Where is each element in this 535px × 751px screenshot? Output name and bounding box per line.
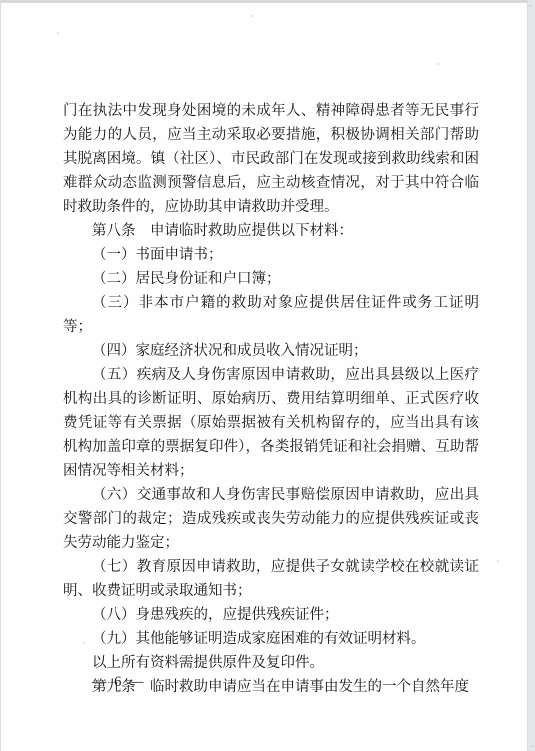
paragraph: 第八条 申请临时救助应提供以下材料：: [63, 219, 479, 243]
paragraph: （七）教育原因申请救助，应提供子女就读学校在校就读证明、收费证明或录取通知书；: [63, 555, 479, 603]
scan-edge-left: [0, 0, 1, 751]
paragraph: （五）疾病及人身伤害原因申请救助，应出具县级以上医疗机构出具的诊断证明、原始病历…: [63, 363, 479, 483]
scan-noise-speck: [529, 5, 531, 7]
scan-noise-speck: [57, 32, 59, 34]
paragraph: 以上所有资料需提供原件及复印件。: [63, 651, 479, 675]
paragraph: （三）非本市户籍的救助对象应提供居住证件或务工证明等；: [63, 291, 479, 339]
scan-noise-speck: [437, 63, 439, 65]
paragraph: 门在执法中发现身处困境的未成年人、精神障碍患者等无民事行为能力的人员，应当主动采…: [63, 99, 479, 219]
paragraph: （四）家庭经济状况和成员收入情况证明；: [63, 339, 479, 363]
scan-noise-speck: [128, 417, 130, 419]
paragraph: （六）交通事故和人身伤害民事赔偿原因申请救助，应出具交警部门的裁定；造成残疾或丧…: [63, 483, 479, 555]
paragraph: （二）居民身份证和户口簿；: [63, 267, 479, 291]
paragraph: （八）身患残疾的，应提供残疾证件；: [63, 603, 479, 627]
scanned-document-page: 门在执法中发现身处困境的未成年人、精神障碍患者等无民事行为能力的人员，应当主动采…: [0, 0, 535, 751]
scan-noise-speck: [531, 745, 533, 747]
scan-noise-speck: [83, 642, 85, 644]
page-number: — 6 —: [92, 674, 146, 691]
scan-edge-top: [0, 0, 535, 3]
scan-edge-right: [527, 0, 535, 751]
paragraph: （一）书面申请书；: [63, 243, 479, 267]
scan-noise-speck: [251, 15, 253, 17]
document-text: 门在执法中发现身处困境的未成年人、精神障碍患者等无民事行为能力的人员，应当主动采…: [63, 99, 479, 699]
scan-noise-speck: [497, 560, 499, 562]
paragraph: （九）其他能够证明造成家庭困难的有效证明材料。: [63, 627, 479, 651]
